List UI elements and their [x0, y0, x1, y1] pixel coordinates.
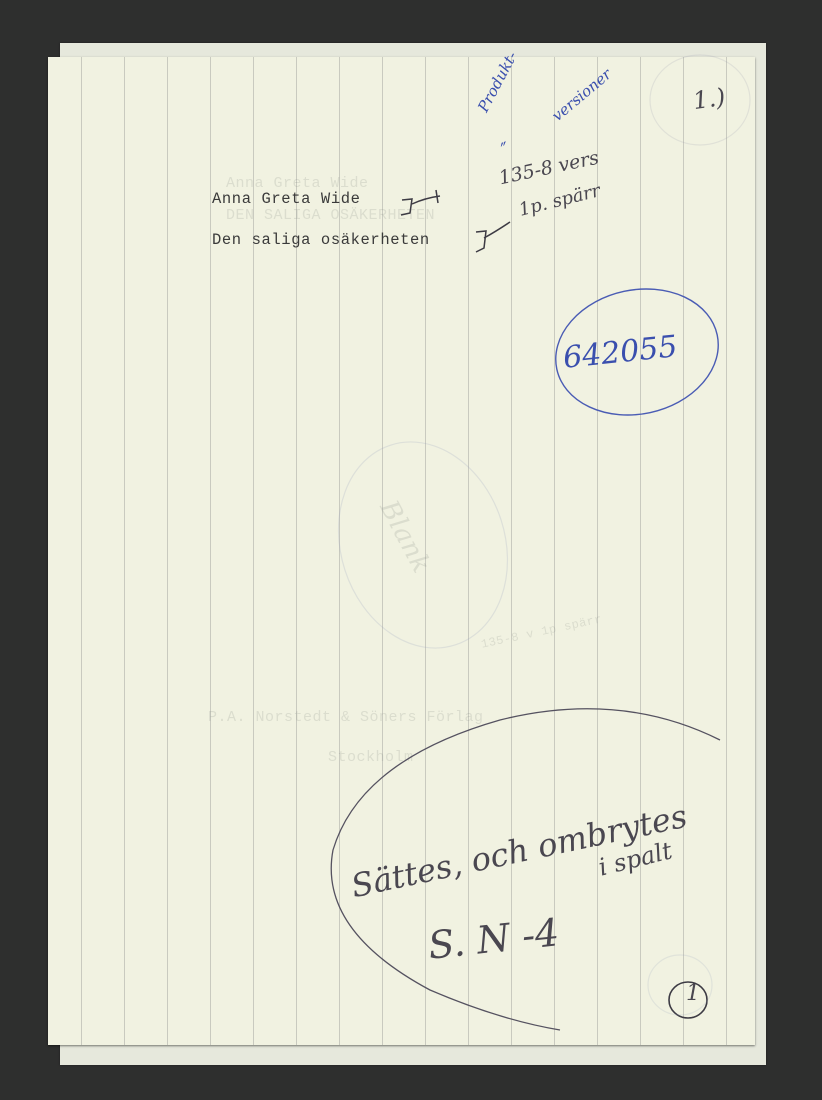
show-through-stamp: Blank [373, 496, 436, 579]
circled-page-number: 1 [686, 981, 700, 1006]
typed-title: Den saliga osäkerheten [212, 231, 430, 249]
blue-ditto-mark: ″ [499, 138, 513, 160]
typed-author: Anna Greta Wide [212, 190, 361, 208]
show-through-note: 135-8 v 1p spärr [480, 612, 603, 651]
blue-note-produkt: Produkt- [474, 48, 521, 115]
circled-number: 642055 [561, 329, 679, 376]
blue-note-versioner: versioner [548, 65, 615, 125]
page-marker: 1.) [691, 83, 727, 115]
pencil-letterspacing: 1p. spärr [517, 180, 603, 220]
show-through-city: Stockholm [328, 749, 414, 766]
manuscript-page: Anna Greta Wide DEN SALIGA OSÄKERHETEN 1… [48, 57, 755, 1045]
show-through-title: DEN SALIGA OSÄKERHETEN [226, 207, 435, 224]
show-through-publisher: P.A. Norstedt & Söners Förlag [208, 709, 484, 726]
typesetting-code: S. N -4 [426, 910, 561, 967]
